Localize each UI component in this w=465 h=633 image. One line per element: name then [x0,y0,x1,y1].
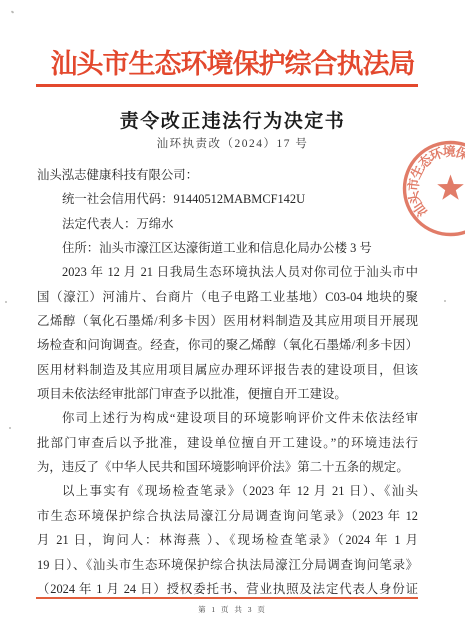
scan-speck [5,301,7,303]
page-indicator: 第 1 页 共 3 页 [0,604,465,615]
scan-speck [444,300,446,302]
body-line: 法定代表人：万绵水 [37,212,418,236]
body-line: 为，违反了《中华人民共和国环境影响评价法》第二十五条的规定。 [37,455,418,479]
body-line: 统一社会信用代码：91440512MABMCF142U [37,187,418,211]
agency-title: 汕头市生态环境保护综合执法局 [0,42,465,81]
body-line: 医用材料制造及其应用项目属应办理环评报告表的建设项目，但该 [37,358,418,382]
body-line: 场检查和问询调查。经查，你司的聚乙烯醇（氧化石墨烯/利多卡因） [37,333,418,357]
body-line: 住所：汕头市濠江区达濠街道工业和信息化局办公楼 3 号 [37,236,418,260]
body-line: 2023 年 12 月 21 日我局生态环境执法人员对你司位于汕头市中 [37,260,418,284]
footer-divider [36,597,418,599]
body-line: 国（濠江）河浦片、台商片（电子电路工业基地）C03-04 地块的聚 [37,285,418,309]
scan-speck [9,427,11,429]
body-line: 你司上述行为构成“建设项目的环境影响评价文件未依法经审 [37,406,418,430]
star-icon [437,175,464,200]
header-divider [36,84,418,87]
body-line: 月 21 日，询问人：林海燕 ）、《现场检查笔录》（2024 年 1 月 [37,528,418,552]
body-line: 汕头泓志健康科技有限公司： [37,163,418,187]
body-line: 项目未依法经审批部门审查予以批准，便擅自开工建设。 [37,382,418,406]
body-lines: 汕头泓志健康科技有限公司：统一社会信用代码：91440512MABMCF142U… [37,163,418,601]
scan-speck [11,10,15,13]
body-line: 以上事实有《现场检查笔录》（2023 年 12 月 21 日）、《汕头 [37,479,418,503]
document-page: 汕头市生态环境保护综合执法局 责令改正违法行为决定书 汕环执责改（2024）17… [0,0,465,633]
official-seal-stamp: 汕头市生态环境保护综合执法局 [380,118,465,259]
body-line: 19 日）、《汕头市生态环境保护综合执法局濠江分局调查询问笔录》 [37,553,418,577]
body-line: 批部门审查后以予批准，建设单位擅自开工建设。”的环境违法行 [37,431,418,455]
body-line: 乙烯醇（氧化石墨烯/利多卡因）医用材料制造及其应用项目开展现 [37,309,418,333]
body-line: 市生态环境保护综合执法局濠江分局调查询问笔录》（2023 年 12 [37,504,418,528]
